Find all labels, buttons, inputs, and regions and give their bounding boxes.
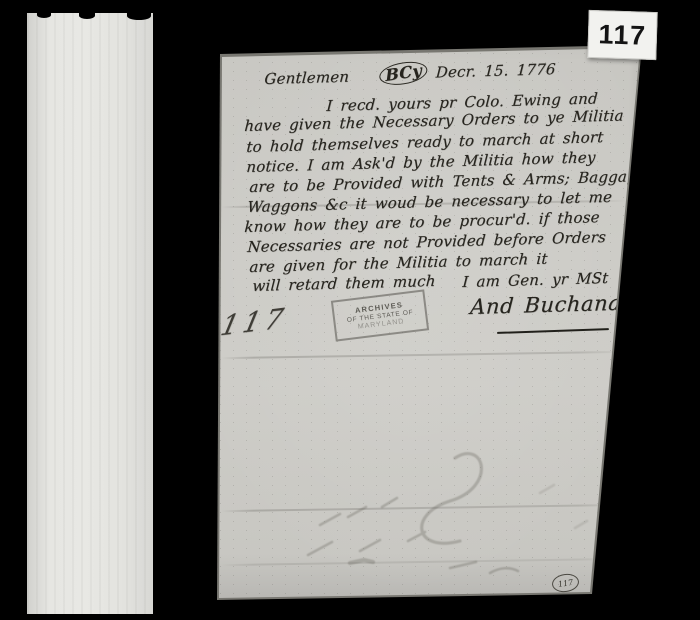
film-tear-mark	[348, 12, 380, 18]
film-tear-mark	[407, 12, 423, 17]
film-tear-mark	[507, 12, 521, 18]
microfilm-scan: Gentlemen BCyDecr. 15. 1776 I recd. your…	[0, 0, 700, 620]
fold-crease	[221, 351, 627, 359]
film-tear-mark	[79, 12, 95, 19]
document-page: Gentlemen BCyDecr. 15. 1776 I recd. your…	[175, 13, 668, 614]
film-tear-mark	[227, 12, 240, 17]
film-tear-mark	[127, 12, 151, 20]
page-number-label: 117	[587, 10, 657, 60]
film-tear-mark	[37, 12, 51, 18]
handwritten-page-number: 117	[218, 302, 291, 342]
letter-signature: And Buchanan	[470, 290, 637, 319]
letter-salutation: Gentlemen	[264, 68, 350, 88]
film-strip-left	[27, 13, 153, 614]
film-tear-mark	[297, 12, 317, 19]
letter-dateline: BCyDecr. 15. 1776	[379, 58, 557, 85]
signature-underline	[497, 328, 609, 334]
letter-closing: I am Gen. yr MSt	[462, 269, 609, 291]
page-number-label-text: 117	[598, 19, 647, 51]
letter-monogram: BCy	[379, 59, 429, 88]
archives-stamp: ARCHIVES OF THE STATE OF MARYLAND	[331, 289, 429, 341]
letter-date: Decr. 15. 1776	[435, 60, 556, 81]
oval-page-number-text: 117	[557, 577, 573, 588]
film-tear-mark	[185, 12, 209, 28]
film-frame: Gentlemen BCyDecr. 15. 1776 I recd. your…	[175, 13, 668, 614]
